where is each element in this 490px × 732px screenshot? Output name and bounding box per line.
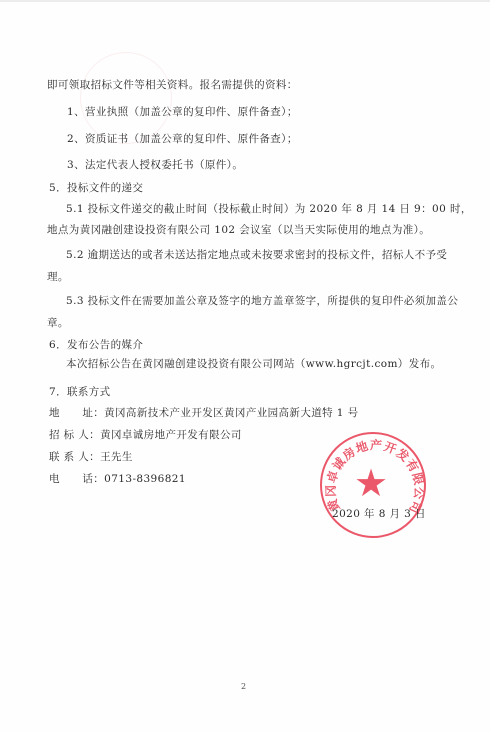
section5-item2-line1: 5.2 逾期送达的或者未送达指定地点或未按要求密封的投标文件，招标人不予受 <box>66 248 447 262</box>
section5-heading: 5．投标文件的递交 <box>49 181 143 195</box>
star-icon: ★ <box>354 464 388 502</box>
section5-item1-line1: 5.1 投标文件递交的截止时间（投标截止时间）为 2020 年 8 月 14 日… <box>66 202 472 216</box>
document-page: 即可领取招标文件等相关资料。报名需提供的资料： 1、营业执照（加盖公章的复印件、… <box>0 0 490 732</box>
contact-address: 地 址：黄冈高新技术产业开发区黄冈产业园高新大道特 1 号 <box>49 406 358 420</box>
signature-date: 2020 年 8 月 3 日 <box>332 506 426 521</box>
section5-item3-line2: 章。 <box>47 316 69 330</box>
contact-phone: 电 话：0713-8396821 <box>49 472 186 486</box>
company-seal: 黄冈卓诚房地产开发有限公司 ★ <box>320 432 426 538</box>
section5-item3-line1: 5.3 投标文件在需要加盖公章及签字的地方盖章签字，所提供的复印件必须加盖公 <box>66 294 458 308</box>
requirement-1: 1、营业执照（加盖公章的复印件、原件备查）； <box>67 105 298 119</box>
page-number: 2 <box>241 682 246 691</box>
section7-heading: 7．联系方式 <box>49 385 111 399</box>
section5-item1-line2: 地点为黄冈融创建设投资有限公司 102 会议室（以当天实际使用的地点为准）。 <box>47 223 430 237</box>
section6-heading: 6．发布公告的媒介 <box>49 338 143 352</box>
section6-text: 本次招标公告在黄冈融创建设投资有限公司网站（www.hgrcjt.com）发布。 <box>66 357 441 371</box>
contact-tenderer: 招 标 人：黄冈卓诚房地产开发有限公司 <box>49 428 242 442</box>
intro-line: 即可领取招标文件等相关资料。报名需提供的资料： <box>47 78 298 92</box>
page-top-edge <box>0 0 490 2</box>
requirement-2: 2、资质证书（加盖公章的复印件、原件备查）； <box>67 132 298 146</box>
section5-item2-line2: 理。 <box>47 270 69 284</box>
contact-person: 联 系 人：王先生 <box>49 450 133 464</box>
requirement-3: 3、法定代表人授权委托书（原件）。 <box>67 158 243 172</box>
bleed-through-stamp <box>80 52 172 144</box>
